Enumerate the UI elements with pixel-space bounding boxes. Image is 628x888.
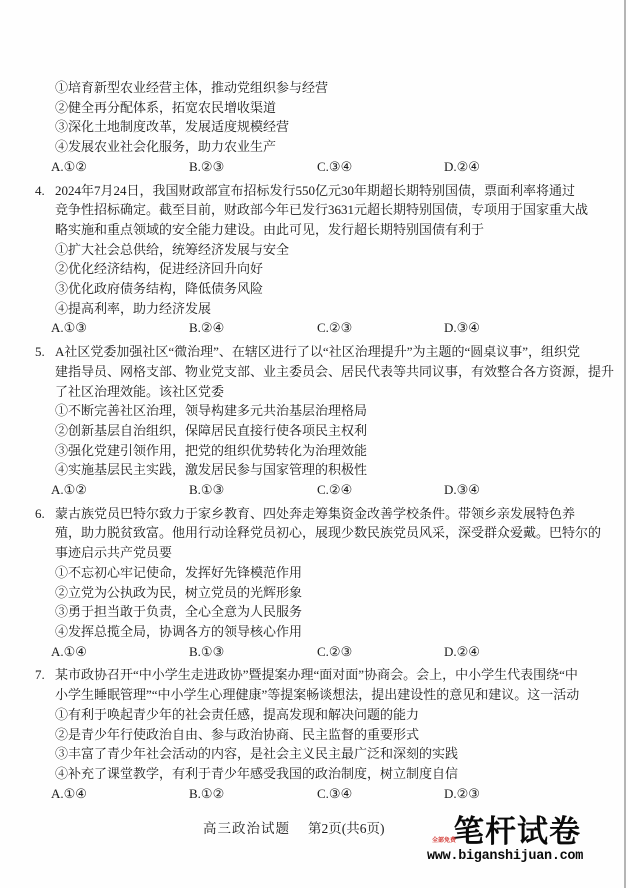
option-line: ②优化经济结构，促进经济回升向好	[35, 259, 610, 279]
option-line: ①培育新型农业经营主体，推动党组织参与经营	[35, 78, 610, 98]
option-line: ①扩大社会总供给，统筹经济发展与安全	[35, 240, 610, 260]
option-line: ④实施基层民主实践，激发居民参与国家管理的积极性	[35, 460, 610, 480]
answer-choice-a: A.①④	[51, 784, 189, 804]
answer-choice-d: D.②④	[444, 642, 610, 662]
option-line: ④提高利率，助力经济发展	[35, 299, 610, 319]
question-stem-line: 7.某市政协召开“中小学生走进政协”暨提案办理“面对面”协商会。会上，中小学生代…	[35, 665, 610, 685]
watermark: 笔杆试卷 全部免费 www.biganshijuan.com	[425, 806, 625, 881]
option-line: ①不忘初心牢记使命，发挥好先锋模范作用	[35, 563, 610, 583]
questions-area: ①培育新型农业经营主体，推动党组织参与经营②健全再分配体系，拓宽农民增收渠道③深…	[35, 78, 610, 807]
page-right-edge	[624, 0, 626, 888]
question-number: 6.	[35, 504, 55, 524]
answers-row: A.①③B.②④C.②③D.③④	[35, 318, 610, 338]
option-line: ③优化政府债务结构，降低债务风险	[35, 279, 610, 299]
option-line: ④发挥总揽全局，协调各方的领导核心作用	[35, 622, 610, 642]
option-line: ②创新基层自治组织，保障居民直接行使各项民主权利	[35, 421, 610, 441]
answer-choice-c: C.②③	[317, 318, 444, 338]
option-line: ④补充了课堂教学，有利于青少年感受我国的政治制度，树立制度自信	[35, 764, 610, 784]
answers-row: A.①④B.①②C.③④D.②③	[35, 784, 610, 804]
footer-exam-title: 高三政治试题	[203, 817, 290, 837]
question-number: 7.	[35, 665, 55, 685]
answer-choice-c: C.②④	[317, 480, 444, 500]
answer-choice-b: B.①③	[189, 642, 317, 662]
question: 5.A社区党委加强社区“微治理”、在辖区进行了以“社区治理提升”为主题的“圆桌议…	[35, 342, 610, 500]
answer-choice-a: A.①②	[51, 157, 189, 177]
option-line: ①有利于唤起青少年的社会责任感，提高发现和解决问题的能力	[35, 705, 610, 725]
answer-choice-c: C.③④	[317, 784, 444, 804]
option-line: ②健全再分配体系，拓宽农民增收渠道	[35, 98, 610, 118]
answer-choice-d: D.③④	[444, 318, 610, 338]
question-stem-line: 建指导员、网格支部、物业党支部、业主委员会、居民代表等共同议事，有效整合各方资源…	[35, 362, 610, 382]
answers-row: A.①④B.①③C.②③D.②④	[35, 642, 610, 662]
question-stem-line: 略实施和重点领域的安全能力建设。由此可见，发行超长期特别国债有利于	[35, 220, 610, 240]
option-line: ②立党为公执政为民，树立党员的光辉形象	[35, 583, 610, 603]
watermark-url: www.biganshijuan.com	[427, 849, 583, 864]
question-stem-line: 竞争性招标确定。截至目前，财政部今年已发行3631元超长期特别国债，专项用于国家…	[35, 200, 610, 220]
watermark-free-tag: 全部免费	[432, 838, 456, 844]
question-stem-line: 5.A社区党委加强社区“微治理”、在辖区进行了以“社区治理提升”为主题的“圆桌议…	[35, 342, 610, 362]
option-line: ②是青少年行使政治自由、参与政治协商、民主监督的重要形式	[35, 725, 610, 745]
question-number: 5.	[35, 342, 55, 362]
answer-choice-a: A.①④	[51, 642, 189, 662]
answer-choice-d: D.③④	[444, 480, 610, 500]
answer-choice-d: D.②③	[444, 784, 610, 804]
watermark-brand: 笔杆试卷	[453, 806, 581, 851]
exam-page: ①培育新型农业经营主体，推动党组织参与经营②健全再分配体系，拓宽农民增收渠道③深…	[0, 0, 628, 888]
question: 6.蒙古族党员巴特尔致力于家乡教育、四处奔走筹集资金改善学校条件。带领乡亲发展特…	[35, 504, 610, 662]
question-stem-line: 了社区治理效能。该社区党委	[35, 382, 610, 402]
answer-choice-c: C.③④	[317, 157, 444, 177]
question-stem-line: 殖，助力脱贫致富。他用行动诠释党员初心，展现少数民族党员风采，深受群众爱戴。巴特…	[35, 523, 610, 543]
option-line: ④发展农业社会化服务，助力农业生产	[35, 137, 610, 157]
answer-choice-d: D.②④	[444, 157, 610, 177]
question-stem-line: 小学生睡眠管理”“中小学生心理健康”等提案畅谈想法，提出建设性的意见和建议。这一…	[35, 685, 610, 705]
question-stem-line: 6.蒙古族党员巴特尔致力于家乡教育、四处奔走筹集资金改善学校条件。带领乡亲发展特…	[35, 504, 610, 524]
answers-row: A.①②B.②③C.③④D.②④	[35, 157, 610, 177]
option-line: ③强化党建引领作用，把党的组织优势转化为治理效能	[35, 441, 610, 461]
question-stem-line: 4.2024年7月24日，我国财政部宣布招标发行550亿元30年期超长期特别国债…	[35, 181, 610, 201]
question: 4.2024年7月24日，我国财政部宣布招标发行550亿元30年期超长期特别国债…	[35, 181, 610, 339]
answer-choice-b: B.①②	[189, 784, 317, 804]
option-line: ①不断完善社区治理，领导构建多元共治基层治理格局	[35, 401, 610, 421]
option-line: ③丰富了青少年社会活动的内容，是社会主义民主最广泛和深刻的实践	[35, 744, 610, 764]
question-stem-line: 事迹启示共产党员要	[35, 543, 610, 563]
option-line: ③勇于担当敢于负责，全心全意为人民服务	[35, 602, 610, 622]
question-number: 4.	[35, 181, 55, 201]
question: 7.某市政协召开“中小学生走进政协”暨提案办理“面对面”协商会。会上，中小学生代…	[35, 665, 610, 803]
question: ①培育新型农业经营主体，推动党组织参与经营②健全再分配体系，拓宽农民增收渠道③深…	[35, 78, 610, 177]
footer-page-info: 第2页(共6页)	[308, 817, 385, 837]
answer-choice-b: B.②④	[189, 318, 317, 338]
answer-choice-b: B.①③	[189, 480, 317, 500]
answers-row: A.①②B.①③C.②④D.③④	[35, 480, 610, 500]
answer-choice-a: A.①③	[51, 318, 189, 338]
answer-choice-a: A.①②	[51, 480, 189, 500]
answer-choice-c: C.②③	[317, 642, 444, 662]
option-line: ③深化土地制度改革，发展适度规模经营	[35, 117, 610, 137]
answer-choice-b: B.②③	[189, 157, 317, 177]
